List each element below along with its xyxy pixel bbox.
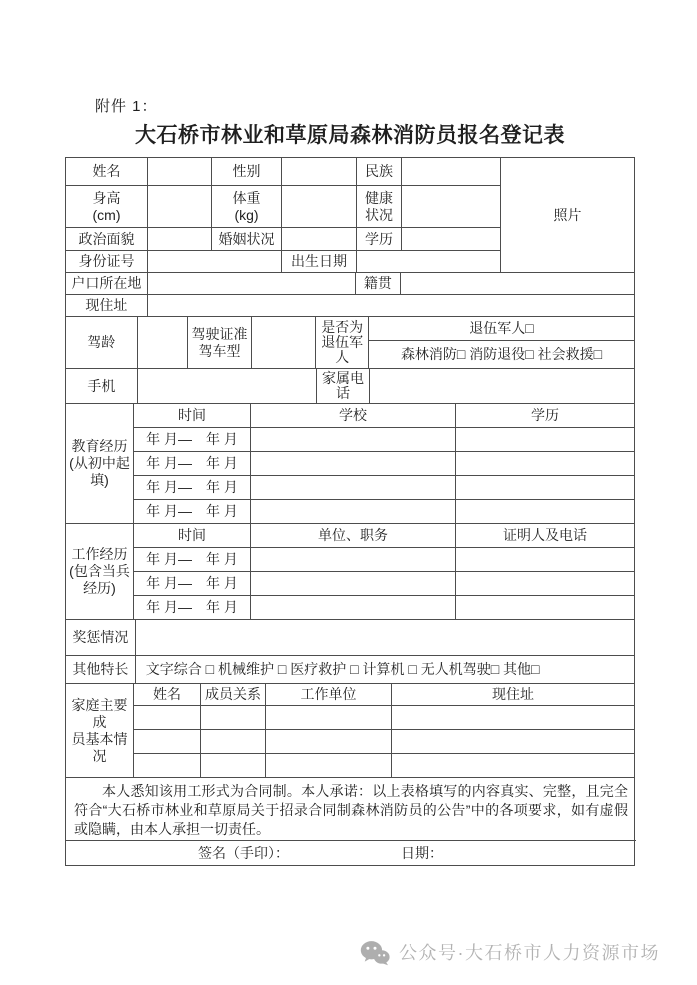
work-header-row: 时间 单位、职务 证明人及电话 — [134, 524, 634, 548]
education-time-cell: 年 月— 年 月 — [134, 500, 251, 524]
current-address-label: 现住址 — [66, 295, 148, 317]
work-row: 年 月— 年 月 — [134, 548, 634, 572]
document-page: 附件 1： 大石桥市林业和草原局森林消防员报名登记表 姓名 性别 民族 身高 (… — [0, 0, 697, 985]
household-location-value-cell — [148, 273, 356, 295]
family-phone-value-cell — [370, 369, 634, 404]
family-address-cell — [392, 706, 634, 730]
work-unit-header: 单位、职务 — [251, 524, 456, 548]
family-phone-label: 家属电 话 — [317, 369, 370, 404]
wechat-icon — [360, 940, 390, 966]
work-time-cell: 年 月— 年 月 — [134, 548, 251, 572]
family-row — [134, 754, 634, 778]
veteran-suboptions-checkboxes: 森林消防□ 消防退役□ 社会救援□ — [369, 341, 634, 369]
table-row: 现住址 — [66, 295, 634, 317]
specialties-label: 其他特长 — [66, 656, 136, 684]
family-row — [134, 706, 634, 730]
family-name-cell — [134, 754, 201, 778]
current-address-value-cell — [148, 295, 634, 317]
education-time-cell: 年 月— 年 月 — [134, 476, 251, 500]
registration-form-table: 姓名 性别 民族 身高 (cm) 体重 (kg) 健康 状况 政治面貌 — [65, 157, 635, 866]
table-row: 政治面貌 婚姻状况 学历 — [66, 228, 501, 251]
watermark: 公众号·大石桥市人力资源市场 — [360, 938, 660, 968]
family-relation-cell — [201, 706, 266, 730]
work-time-cell: 年 月— 年 月 — [134, 572, 251, 596]
family-workplace-cell — [266, 706, 392, 730]
mobile-label: 手机 — [66, 369, 138, 404]
veteran-options-column: 退伍军人□ 森林消防□ 消防退役□ 社会救援□ — [369, 317, 634, 369]
family-address-header: 现住址 — [392, 684, 634, 706]
family-relation-cell — [201, 754, 266, 778]
work-reference-cell — [456, 548, 634, 572]
birth-date-value-cell — [357, 251, 501, 273]
declaration-text: 本人悉知该用工形式为合同制。本人承诺：以上表格填写的内容真实、完整，且完全符合“… — [66, 778, 636, 841]
height-value-cell — [148, 186, 212, 228]
name-label: 姓名 — [66, 158, 148, 186]
education-degree-cell — [456, 452, 634, 476]
education-school-cell — [251, 428, 456, 452]
education-time-cell: 年 月— 年 月 — [134, 428, 251, 452]
education-time-cell: 年 月— 年 月 — [134, 452, 251, 476]
family-workplace-header: 工作单位 — [266, 684, 392, 706]
work-reference-header: 证明人及电话 — [456, 524, 634, 548]
veteran-question-label: 是否为 退伍军 人 — [316, 317, 369, 369]
weight-value-cell — [282, 186, 357, 228]
education-row: 年 月— 年 月 — [134, 500, 634, 524]
education-degree-header: 学历 — [456, 404, 634, 428]
basic-info-left: 姓名 性别 民族 身高 (cm) 体重 (kg) 健康 状况 政治面貌 — [66, 158, 501, 273]
driving-years-value-cell — [138, 317, 189, 369]
family-grid: 姓名 成员关系 工作单位 现住址 — [134, 684, 634, 778]
work-unit-cell — [251, 596, 456, 620]
table-row: 奖惩情况 — [66, 620, 634, 656]
gender-value-cell — [282, 158, 357, 186]
education-level-label: 学历 — [357, 228, 402, 251]
id-number-value-cell — [148, 251, 282, 273]
work-history-section: 工作经历 (包含当兵 经历) 时间 单位、职务 证明人及电话 年 月— 年 月 … — [66, 524, 634, 620]
form-title: 大石桥市林业和草原局森林消防员报名登记表 — [65, 121, 635, 151]
education-row: 年 月— 年 月 — [134, 452, 634, 476]
family-relation-header: 成员关系 — [201, 684, 266, 706]
household-location-label: 户口所在地 — [66, 273, 148, 295]
family-name-cell — [134, 730, 201, 754]
family-workplace-cell — [266, 730, 392, 754]
table-row: 手机 家属电 话 — [66, 369, 634, 404]
signature-label: 签名（手印）： — [198, 841, 289, 865]
education-school-header: 学校 — [251, 404, 456, 428]
education-section-label: 教育经历 (从初中起 填) — [66, 404, 134, 524]
family-section-label: 家庭主要成 员基本情况 — [66, 684, 134, 778]
table-row: 姓名 性别 民族 — [66, 158, 501, 186]
ethnicity-value-cell — [402, 158, 501, 186]
date-label: 日期： — [401, 841, 443, 865]
table-row: 身份证号 出生日期 — [66, 251, 501, 273]
table-row: 户口所在地 籍贯 — [66, 273, 634, 295]
ethnicity-label: 民族 — [357, 158, 402, 186]
political-status-label: 政治面貌 — [66, 228, 148, 251]
native-place-label: 籍贯 — [356, 273, 401, 295]
work-section-label: 工作经历 (包含当兵 经历) — [66, 524, 134, 620]
family-row — [134, 730, 634, 754]
rewards-value-cell — [136, 620, 634, 656]
birth-date-label: 出生日期 — [282, 251, 357, 273]
marital-status-value-cell — [282, 228, 357, 251]
family-members-section: 家庭主要成 员基本情况 姓名 成员关系 工作单位 现住址 — [66, 684, 634, 778]
table-row: 身高 (cm) 体重 (kg) 健康 状况 — [66, 186, 501, 228]
health-status-label: 健康 状况 — [357, 186, 402, 228]
education-degree-cell — [456, 500, 634, 524]
family-workplace-cell — [266, 754, 392, 778]
education-header-row: 时间 学校 学历 — [134, 404, 634, 428]
basic-info-section: 姓名 性别 民族 身高 (cm) 体重 (kg) 健康 状况 政治面貌 — [66, 158, 634, 273]
weight-label: 体重 (kg) — [212, 186, 282, 228]
family-address-cell — [392, 754, 634, 778]
veteran-option-checkbox: 退伍军人□ — [369, 317, 634, 341]
table-row: 其他特长 文字综合 □ 机械维护 □ 医疗救护 □ 计算机 □ 无人机驾驶□ 其… — [66, 656, 634, 684]
education-school-cell — [251, 476, 456, 500]
education-level-value-cell — [402, 228, 501, 251]
attachment-label: 附件 1： — [95, 95, 158, 116]
education-degree-cell — [456, 428, 634, 452]
work-time-cell: 年 月— 年 月 — [134, 596, 251, 620]
family-name-header: 姓名 — [134, 684, 201, 706]
education-degree-cell — [456, 476, 634, 500]
watermark-text: 公众号·大石桥市人力资源市场 — [399, 938, 660, 968]
health-status-value-cell — [402, 186, 501, 228]
education-row: 年 月— 年 月 — [134, 428, 634, 452]
signature-row: 签名（手印）： 日期： — [66, 841, 636, 867]
work-reference-cell — [456, 572, 634, 596]
rewards-label: 奖惩情况 — [66, 620, 136, 656]
family-name-cell — [134, 706, 201, 730]
work-unit-cell — [251, 572, 456, 596]
work-row: 年 月— 年 月 — [134, 572, 634, 596]
work-reference-cell — [456, 596, 634, 620]
family-address-cell — [392, 730, 634, 754]
family-relation-cell — [201, 730, 266, 754]
education-time-header: 时间 — [134, 404, 251, 428]
political-status-value-cell — [148, 228, 212, 251]
family-header-row: 姓名 成员关系 工作单位 现住址 — [134, 684, 634, 706]
height-label: 身高 (cm) — [66, 186, 148, 228]
name-value-cell — [148, 158, 212, 186]
mobile-value-cell — [138, 369, 317, 404]
education-school-cell — [251, 452, 456, 476]
id-number-label: 身份证号 — [66, 251, 148, 273]
education-school-cell — [251, 500, 456, 524]
specialties-options-checkboxes: 文字综合 □ 机械维护 □ 医疗救护 □ 计算机 □ 无人机驾驶□ 其他□ — [136, 656, 634, 684]
education-row: 年 月— 年 月 — [134, 476, 634, 500]
license-class-value-cell — [252, 317, 317, 369]
gender-label: 性别 — [212, 158, 282, 186]
marital-status-label: 婚姻状况 — [212, 228, 282, 251]
work-unit-cell — [251, 548, 456, 572]
education-history-section: 教育经历 (从初中起 填) 时间 学校 学历 年 月— 年 月 年 月— 年 月 — [66, 404, 634, 524]
photo-cell: 照片 — [501, 158, 634, 273]
native-place-value-cell — [401, 273, 634, 295]
work-row: 年 月— 年 月 — [134, 596, 634, 620]
education-grid: 时间 学校 学历 年 月— 年 月 年 月— 年 月 年 月— 年 月 — [134, 404, 634, 524]
license-class-label: 驾驶证准 驾车型 — [188, 317, 252, 369]
work-time-header: 时间 — [134, 524, 251, 548]
driving-veteran-section: 驾龄 驾驶证准 驾车型 是否为 退伍军 人 退伍军人□ 森林消防□ 消防退役□ … — [66, 317, 634, 369]
work-grid: 时间 单位、职务 证明人及电话 年 月— 年 月 年 月— 年 月 年 月— 年… — [134, 524, 634, 620]
driving-years-label: 驾龄 — [66, 317, 138, 369]
